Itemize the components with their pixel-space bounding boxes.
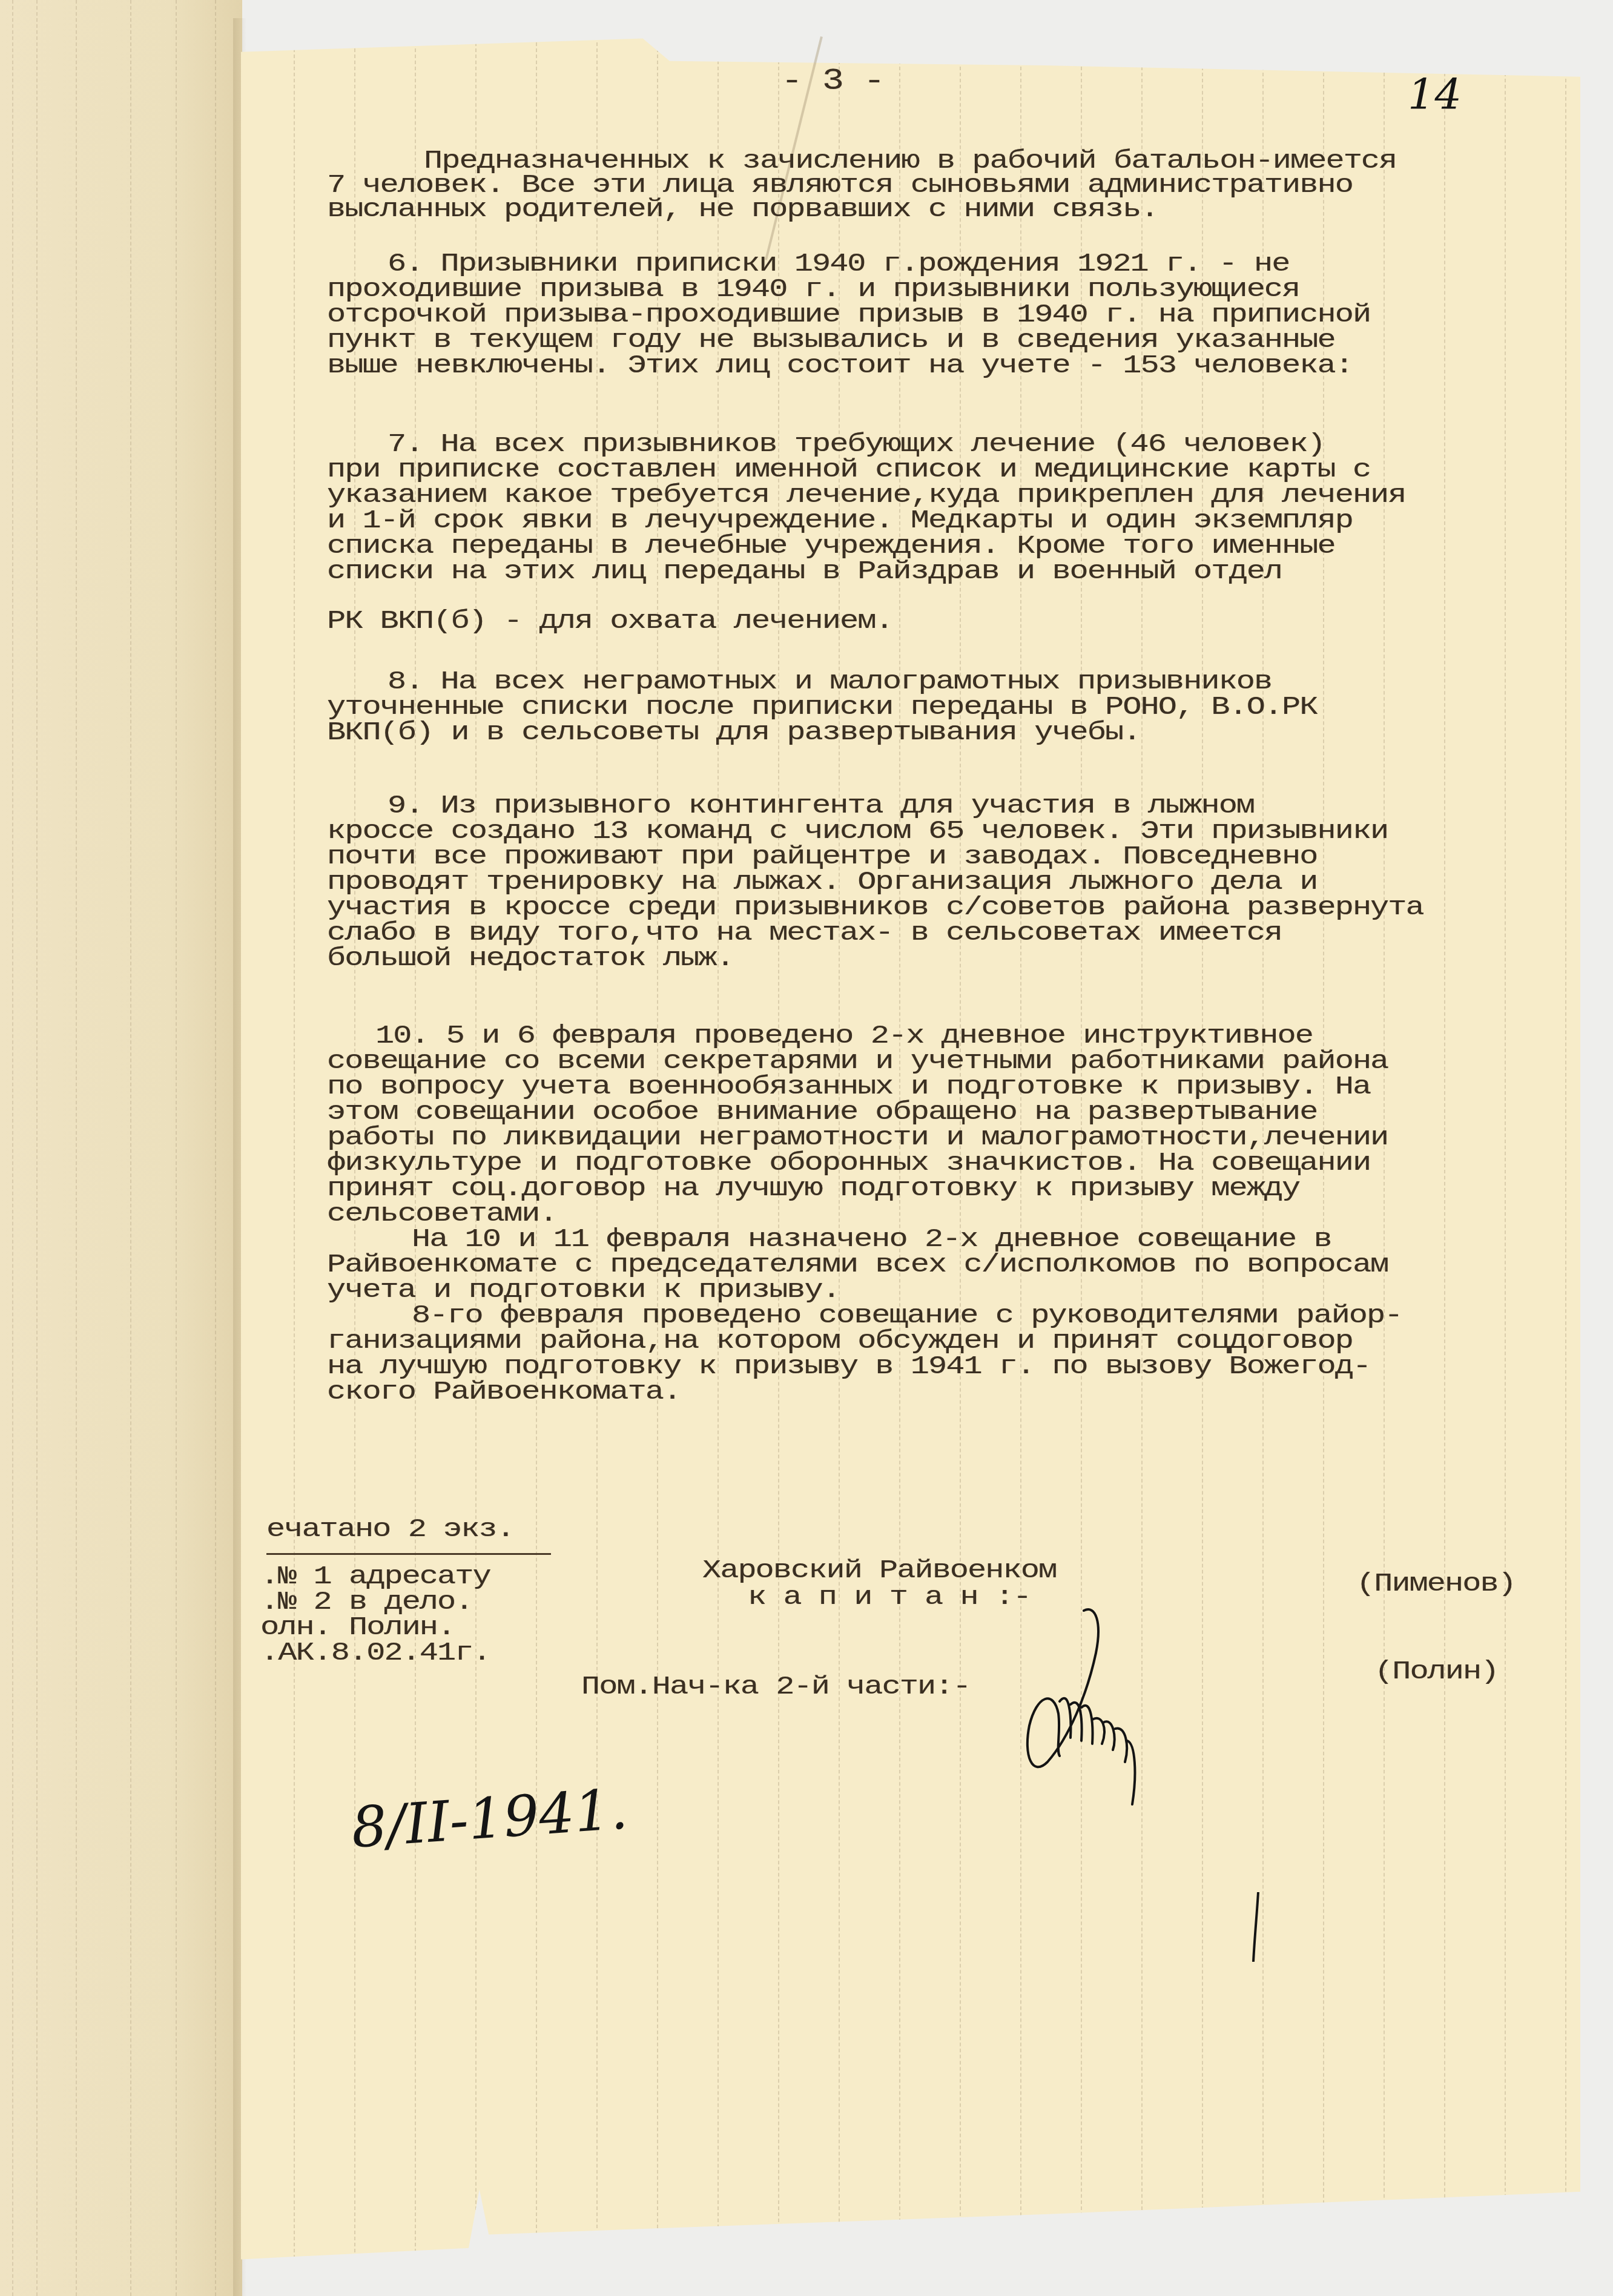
signatory-title: Харовский Райвоенком: [702, 1561, 1056, 1581]
text-line: на лучшую подготовку к призыву в 1941 г.…: [327, 1357, 1370, 1377]
pen-mark: [1247, 1889, 1265, 1968]
text-line: списка переданы в лечебные учреждения. К…: [327, 536, 1335, 556]
signatory-title: Пом.Нач-ка 2-й части:-: [581, 1677, 971, 1697]
text-line: пункт в текущем году не вызывались и в с…: [327, 331, 1335, 351]
text-line: списки на этих лиц переданы в Райздрав и…: [327, 562, 1282, 582]
distribution-line: .АК.8.02.41г.: [260, 1643, 490, 1663]
ruling-line: [215, 0, 216, 2296]
ruling-line: [294, 18, 295, 2271]
adjacent-left-page: [0, 0, 242, 2296]
sheet-number-handwritten: 14: [1408, 70, 1462, 119]
ruling-line: [36, 0, 38, 2296]
text-line: участия в кроссе среди призывников с/сов…: [327, 898, 1423, 918]
ruling-line: [130, 0, 131, 2296]
signatory-name: (Полин): [1374, 1662, 1498, 1682]
signatory-name: (Пименов): [1356, 1574, 1516, 1594]
text-line: кроссе создано 13 команд с числом 65 чел…: [327, 822, 1388, 842]
text-line: слабо в виду того,что на местах- в сельс…: [327, 923, 1282, 943]
text-line: физкультуре и подготовке оборонных значк…: [327, 1153, 1370, 1173]
text-line: проводят тренировку на лыжах. Организаци…: [327, 873, 1317, 892]
text-line: и 1-й срок явки в лечучреждение. Медкарт…: [327, 511, 1353, 531]
text-line: ВКП(б) и в сельсоветы для развертывания …: [327, 723, 1140, 743]
text-line: выше невключены. Этих лиц состоит на уче…: [327, 356, 1353, 376]
text-line: этом совещании особое внимание обращено …: [327, 1103, 1317, 1123]
ruling-line: [76, 0, 77, 2296]
text-line: 10. 5 и 6 февраля проведено 2-х дневное …: [375, 1026, 1313, 1046]
distribution-line: .№ 2 в дело.: [260, 1592, 472, 1612]
text-line: 9. Из призывного контингента для участия…: [388, 796, 1254, 816]
text-line: 8. На всех неграмотных и малограмотных п…: [388, 672, 1272, 692]
text-line: РК ВКП(б) - для охвата лечением.: [327, 612, 893, 632]
text-line: высланных родителей, не порвавших с ними…: [327, 200, 1158, 220]
text-line: Райвоенкомате с председателями всех с/ис…: [327, 1255, 1388, 1275]
text-line: при приписке составлен именной список и …: [327, 460, 1370, 480]
text-line: 6. Призывники приписки 1940 г.рождения 1…: [388, 254, 1289, 274]
ruling-line: [176, 0, 177, 2296]
printed-copies-label: ечатано 2 экз.: [266, 1520, 514, 1540]
ruling-line: [12, 0, 13, 2296]
text-line: совещание со всеми секретарями и учетным…: [327, 1052, 1388, 1072]
distribution-line: .№ 1 адресату: [260, 1567, 490, 1587]
page-number: - 3 -: [781, 71, 884, 91]
text-line: сельсоветами.: [327, 1204, 557, 1224]
text-line: почти все проживают при райцентре и заво…: [327, 847, 1317, 867]
text-line: проходившие призыва в 1940 г. и призывни…: [327, 280, 1299, 300]
text-line: ганизациями района,на котором обсужден и…: [327, 1331, 1353, 1351]
text-line: 8-го февраля проведено совещание с руков…: [412, 1306, 1402, 1326]
text-line: 7. На всех призывников требующих лечение…: [388, 435, 1325, 455]
text-line: отсрочкой призыва-проходившие призыв в 1…: [327, 305, 1370, 325]
text-line: На 10 и 11 февраля назначено 2-х дневное…: [412, 1230, 1331, 1250]
underline: [266, 1553, 551, 1555]
text-line: работы по ликвидации неграмотности и мал…: [327, 1128, 1388, 1148]
distribution-line: олн. Полин.: [260, 1618, 455, 1638]
text-line: указанием какое требуется лечение,куда п…: [327, 486, 1406, 506]
handwritten-signature: [1011, 1598, 1302, 1816]
text-line: учета и подготовки к призыву.: [327, 1281, 840, 1301]
text-line: принят соц.договор на лучшую подготовку …: [327, 1179, 1299, 1199]
text-line: большой недостаток лыж.: [327, 949, 734, 969]
text-line: уточненные списки после приписки передан…: [327, 698, 1317, 717]
signatory-rank: к а п и т а н :-: [748, 1588, 1031, 1608]
ruling-line: [1565, 18, 1566, 2271]
text-line: ского Райвоенкомата.: [327, 1382, 681, 1402]
text-line: Предназначенных к зачислению в рабочий б…: [424, 151, 1396, 171]
text-line: по вопросу учета военнообязанных и подго…: [327, 1077, 1370, 1097]
ruling-line: [1505, 18, 1506, 2271]
text-line: 7 человек. Все эти лица являются сыновья…: [327, 176, 1353, 196]
ruling-line: [1444, 18, 1445, 2271]
